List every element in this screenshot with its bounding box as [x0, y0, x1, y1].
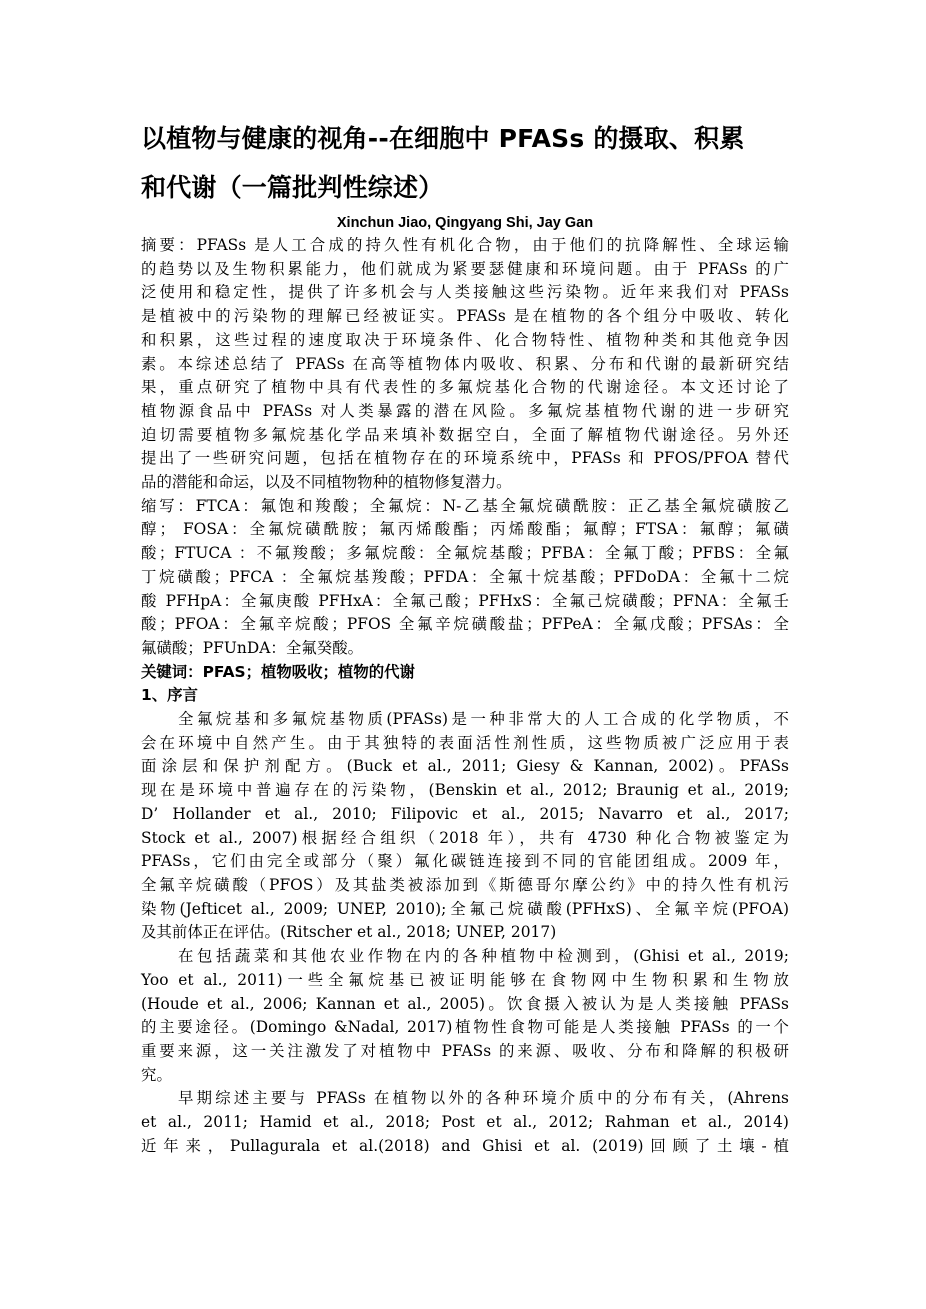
paragraph-line: 染物(Jefticet al., 2009; UNEP, 2010);全氟己烷磺…	[141, 898, 789, 922]
paragraph-line: (Houde et al., 2006; Kannan et al., 2005…	[141, 993, 789, 1017]
abbreviation-line: 酸；PFOA：全氟辛烷酸；PFOS 全氟辛烷磺酸盐；PFPeA：全氟戊酸；PFS…	[141, 613, 789, 637]
abbreviation-line: 酸；FTUCA ：不氟羧酸；多氟烷酸：全氟烷基酸；PFBA：全氟丁酸；PFBS：…	[141, 542, 789, 566]
abstract-line: 是植被中的污染物的理解已经被证实。PFASs 是在植物的各个组分中吸收、转化	[141, 305, 789, 329]
paragraph-line: 全氟烷基和多氟烷基物质(PFASs)是一种非常大的人工合成的化学物质，不	[141, 708, 789, 732]
paragraph-line: et al., 2011; Hamid et al., 2018; Post e…	[141, 1111, 789, 1135]
abstract: 摘要：PFASs 是人工合成的持久性有机化合物，由于他们的抗降解性、全球运输 的…	[141, 234, 789, 495]
abstract-line: 果，重点研究了植物中具有代表性的多氟烷基化合物的代谢途径。本文还讨论了	[141, 376, 789, 400]
abbreviations: 缩写：FTCA：氟饱和羧酸；全氟烷：N-乙基全氟烷磺酰胺：正乙基全氟烷磺胺乙 醇…	[141, 495, 789, 661]
paper-title: 以植物与健康的视角--在细胞中 PFASs 的摄取、积累 和代谢（一篇批判性综述…	[141, 114, 789, 212]
intro-paragraph-2: 在包括蔬菜和其他农业作物在内的各种植物中检测到，(Ghisi et al., 2…	[141, 945, 789, 1087]
paragraph-line: 究。	[141, 1064, 789, 1088]
abbreviation-line: 缩写：FTCA：氟饱和羧酸；全氟烷：N-乙基全氟烷磺酰胺：正乙基全氟烷磺胺乙	[141, 495, 789, 519]
title-line-1: 以植物与健康的视角--在细胞中 PFASs 的摄取、积累	[141, 114, 789, 163]
paragraph-line: 在包括蔬菜和其他农业作物在内的各种植物中检测到，(Ghisi et al., 2…	[141, 945, 789, 969]
abstract-line: 植物源食品中 PFASs 对人类暴露的潜在风险。多氟烷基植物代谢的进一步研究	[141, 400, 789, 424]
author-list: Xinchun Jiao, Qingyang Shi, Jay Gan	[141, 212, 789, 234]
abstract-line: 摘要：PFASs 是人工合成的持久性有机化合物，由于他们的抗降解性、全球运输	[141, 234, 789, 258]
title-line-2: 和代谢（一篇批判性综述）	[141, 163, 789, 212]
abstract-line: 和积累，这些过程的速度取决于环境条件、化合物特性、植物种类和其他竞争因	[141, 329, 789, 353]
intro-paragraph-1: 全氟烷基和多氟烷基物质(PFASs)是一种非常大的人工合成的化学物质，不 会在环…	[141, 708, 789, 945]
paragraph-line: 会在环境中自然产生。由于其独特的表面活性剂性质，这些物质被广泛应用于表	[141, 732, 789, 756]
intro-paragraph-3: 早期综述主要与 PFASs 在植物以外的各种环境介质中的分布有关，(Ahrens…	[141, 1087, 789, 1158]
paragraph-line: D’ Hollander et al., 2010; Filipovic et …	[141, 803, 789, 827]
paragraph-line: Yoo et al., 2011)一些全氟烷基已被证明能够在食物网中生物积累和生…	[141, 969, 789, 993]
abbreviation-line: 醇； FOSA：全氟烷磺酰胺；氟丙烯酸酯；丙烯酸酯；氟醇；FTSA：氟醇；氟磺	[141, 518, 789, 542]
paragraph-line: 面涂层和保护剂配方。(Buck et al., 2011; Giesy & Ka…	[141, 755, 789, 779]
abstract-line: 品的潜能和命运，以及不同植物物种的植物修复潜力。	[141, 471, 789, 495]
abstract-line: 提出了一些研究问题，包括在植物存在的环境系统中，PFASs 和 PFOS/PFO…	[141, 447, 789, 471]
paragraph-line: 早期综述主要与 PFASs 在植物以外的各种环境介质中的分布有关，(Ahrens	[141, 1087, 789, 1111]
paragraph-line: Stock et al., 2007)根据经合组织（2018 年），共有 473…	[141, 827, 789, 851]
abbreviation-line: 酸 PFHpA：全氟庚酸 PFHxA：全氟己酸；PFHxS：全氟己烷磺酸；PFN…	[141, 590, 789, 614]
abstract-line: 迫切需要植物多氟烷基化学品来填补数据空白，全面了解植物代谢途径。另外还	[141, 424, 789, 448]
paragraph-line: 的主要途径。(Domingo &Nadal, 2017)植物性食物可能是人类接触…	[141, 1016, 789, 1040]
abbreviation-line: 氟磺酸；PFUnDA：全氟癸酸。	[141, 637, 789, 661]
abbreviation-line: 丁烷磺酸；PFCA ：全氟烷基羧酸；PFDA：全氟十烷基酸；PFDoDA：全氟十…	[141, 566, 789, 590]
document-page: 以植物与健康的视角--在细胞中 PFASs 的摄取、积累 和代谢（一篇批判性综述…	[141, 114, 789, 1158]
abstract-line: 泛使用和稳定性，提供了许多机会与人类接触这些污染物。近年来我们对 PFASs	[141, 281, 789, 305]
paragraph-line: 全氟辛烷磺酸（PFOS）及其盐类被添加到《斯德哥尔摩公约》中的持久性有机污	[141, 874, 789, 898]
abstract-line: 素。本综述总结了 PFASs 在高等植物体内吸收、积累、分布和代谢的最新研究结	[141, 353, 789, 377]
paragraph-line: 重要来源，这一关注激发了对植物中 PFASs 的来源、吸收、分布和降解的积极研	[141, 1040, 789, 1064]
keywords: 关键词：PFAS；植物吸收；植物的代谢	[141, 661, 789, 685]
paragraph-line: PFASs，它们由完全或部分（聚）氟化碳链连接到不同的官能团组成。2009 年，	[141, 850, 789, 874]
paragraph-line: 及其前体正在评估。(Ritscher et al., 2018; UNEP, 2…	[141, 921, 789, 945]
paragraph-line: 近年来，Pullagurala et al.(2018) and Ghisi e…	[141, 1135, 789, 1159]
section-heading-introduction: 1、序言	[141, 684, 789, 708]
abstract-line: 的趋势以及生物积累能力，他们就成为紧要瑟健康和环境问题。由于 PFASs 的广	[141, 258, 789, 282]
paragraph-line: 现在是环境中普遍存在的污染物，(Benskin et al., 2012; Br…	[141, 779, 789, 803]
